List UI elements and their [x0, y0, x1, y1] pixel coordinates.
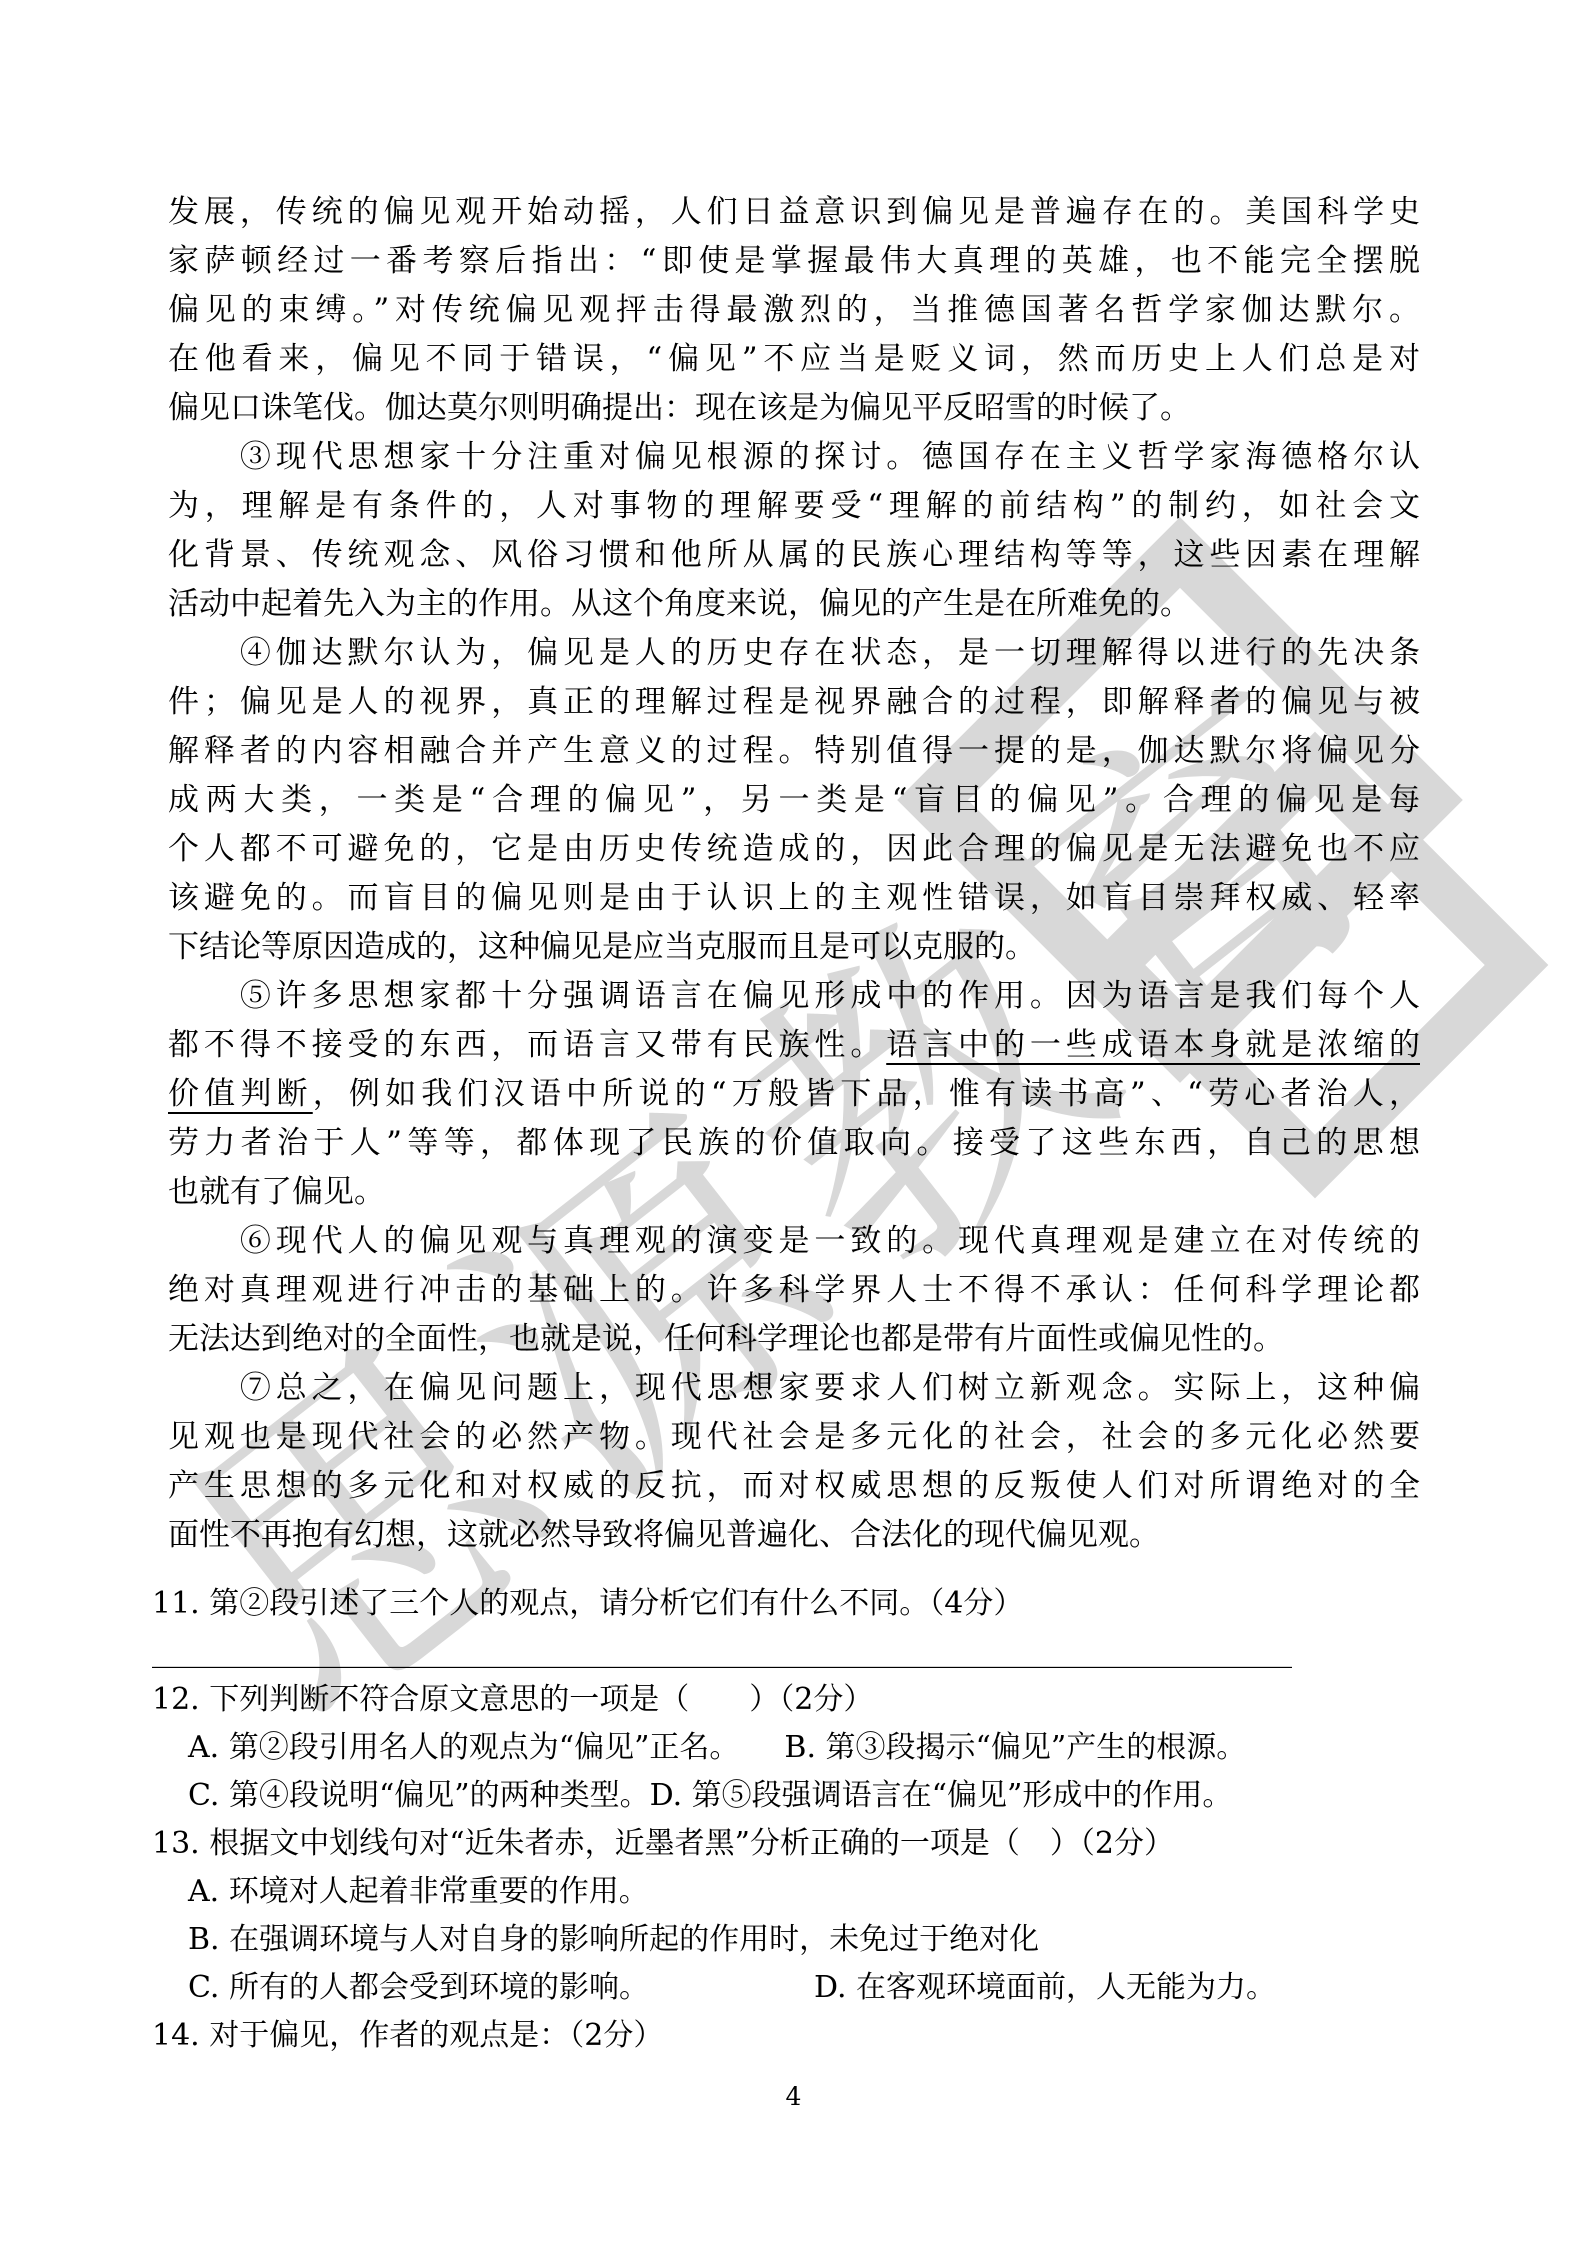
question-line: 14. 对于偏见，作者的观点是：（2分） [152, 2012, 1447, 2060]
passage-text: ，例如我们汉语中所说的“万般皆下品，惟有读书高”、“劳心者治人， [313, 1076, 1420, 1112]
passage-line: 见观也是现代社会的必然产物。现代社会是多元化的社会，社会的多元化必然要 [168, 1413, 1420, 1462]
passage-text: 发展，传统的偏见观开始动摇，人们日益意识到偏见是普遍存在的。美国科学史 [168, 194, 1420, 230]
passage-text: 解释者的内容相融合并产生意义的过程。特别值得一提的是，伽达默尔将偏见分 [168, 733, 1420, 769]
passage-line: ⑤许多思想家都十分强调语言在偏见形成中的作用。因为语言是我们每个人 [168, 972, 1420, 1021]
question-line: B. 在强调环境与人对自身的影响所起的作用时，未免过于绝对化 [152, 1916, 1447, 1964]
passage-line: 偏见口诛笔伐。伽达莫尔则明确提出：现在该是为偏见平反昭雪的时候了。 [168, 384, 1420, 433]
passage-text: ③现代思想家十分注重对偏见根源的探讨。德国存在主义哲学家海德格尔认 [168, 439, 1420, 475]
passage-text: 化背景、传统观念、风俗习惯和他所从属的民族心理结构等等，这些因素在理解 [168, 537, 1420, 573]
passage-line: 化背景、传统观念、风俗习惯和他所从属的民族心理结构等等，这些因素在理解 [168, 531, 1420, 580]
underlined-text: 价值判断 [168, 1076, 313, 1112]
passage-line: 发展，传统的偏见观开始动摇，人们日益意识到偏见是普遍存在的。美国科学史 [168, 188, 1420, 237]
answer-blank-line: ________________________________________… [152, 1628, 1447, 1676]
passage-text: 活动中起着先入为主的作用。从这个角度来说，偏见的产生是在所难免的。 [168, 586, 1191, 622]
passage-line: 劳力者治于人”等等，都体现了民族的价值取向。接受了这些东西，自己的思想 [168, 1119, 1420, 1168]
passage-line: 为，理解是有条件的，人对事物的理解要受“理解的前结构”的制约，如社会文 [168, 482, 1420, 531]
passage-line: 解释者的内容相融合并产生意义的过程。特别值得一提的是，伽达默尔将偏见分 [168, 727, 1420, 776]
passage-text: ④伽达默尔认为，偏见是人的历史存在状态，是一切理解得以进行的先决条 [168, 635, 1420, 671]
passage-text: 该避免的。而盲目的偏见则是由于认识上的主观性错误，如盲目崇拜权威、轻率 [168, 880, 1420, 916]
passage-line: ⑥现代人的偏见观与真理观的演变是一致的。现代真理观是建立在对传统的 [168, 1217, 1420, 1266]
passage-text: 在他看来，偏见不同于错误，“偏见”不应当是贬义词，然而历史上人们总是对 [168, 341, 1420, 377]
passage-line: ③现代思想家十分注重对偏见根源的探讨。德国存在主义哲学家海德格尔认 [168, 433, 1420, 482]
passage-text: 也就有了偏见。 [168, 1174, 385, 1210]
questions: 11. 第②段引述了三个人的观点，请分析它们有什么不同。（4分）________… [152, 1580, 1447, 2060]
passage-text: 见观也是现代社会的必然产物。现代社会是多元化的社会，社会的多元化必然要 [168, 1419, 1420, 1455]
question-line: 11. 第②段引述了三个人的观点，请分析它们有什么不同。（4分） [152, 1580, 1447, 1628]
question-line: A. 第②段引用名人的观点为“偏见”正名。 B. 第③段揭示“偏见”产生的根源。 [152, 1724, 1447, 1772]
passage-line: 也就有了偏见。 [168, 1168, 1420, 1217]
underlined-text: 语言中的一些成语本身就是浓缩的 [886, 1027, 1420, 1063]
passage-text: 下结论等原因造成的，这种偏见是应当克服而且是可以克服的。 [168, 929, 1036, 965]
passage-line: ⑦总之，在偏见问题上，现代思想家要求人们树立新观念。实际上，这种偏 [168, 1364, 1420, 1413]
passage-line: 下结论等原因造成的，这种偏见是应当克服而且是可以克服的。 [168, 923, 1420, 972]
passage-line: 面性不再抱有幻想，这就必然导致将偏见普遍化、合法化的现代偏见观。 [168, 1511, 1420, 1560]
page-number: 4 [0, 2082, 1587, 2111]
passage-text: 面性不再抱有幻想，这就必然导致将偏见普遍化、合法化的现代偏见观。 [168, 1517, 1160, 1553]
passage-text: 家萨顿经过一番考察后指出：“即使是掌握最伟大真理的英雄，也不能完全摆脱 [168, 243, 1420, 279]
question-line: 12. 下列判断不符合原文意思的一项是（ ）（2分） [152, 1676, 1447, 1724]
passage-line: 价值判断，例如我们汉语中所说的“万般皆下品，惟有读书高”、“劳心者治人， [168, 1070, 1420, 1119]
passage-text: 都不得不接受的东西，而语言又带有民族性。 [168, 1027, 886, 1063]
passage-line: 个人都不可避免的，它是由历史传统造成的，因此合理的偏见是无法避免也不应 [168, 825, 1420, 874]
passage-line: 成两大类，一类是“合理的偏见”，另一类是“盲目的偏见”。合理的偏见是每 [168, 776, 1420, 825]
question-line: C. 所有的人都会受到环境的影响。 D. 在客观环境面前，人无能为力。 [152, 1964, 1447, 2012]
passage-text: 件；偏见是人的视界，真正的理解过程是视界融合的过程，即解释者的偏见与被 [168, 684, 1420, 720]
passage-text: 绝对真理观进行冲击的基础上的。许多科学界人士不得不承认：任何科学理论都 [168, 1272, 1420, 1308]
passage-line: 无法达到绝对的全面性，也就是说，任何科学理论也都是带有片面性或偏见性的。 [168, 1315, 1420, 1364]
passage-line: 都不得不接受的东西，而语言又带有民族性。语言中的一些成语本身就是浓缩的 [168, 1021, 1420, 1070]
passage-line: ④伽达默尔认为，偏见是人的历史存在状态，是一切理解得以进行的先决条 [168, 629, 1420, 678]
passage-text: 劳力者治于人”等等，都体现了民族的价值取向。接受了这些东西，自己的思想 [168, 1125, 1420, 1161]
passage-text: 为，理解是有条件的，人对事物的理解要受“理解的前结构”的制约，如社会文 [168, 488, 1420, 524]
passage-text: ⑥现代人的偏见观与真理观的演变是一致的。现代真理观是建立在对传统的 [168, 1223, 1420, 1259]
passage-text: ⑤许多思想家都十分强调语言在偏见形成中的作用。因为语言是我们每个人 [168, 978, 1420, 1014]
passage-line: 绝对真理观进行冲击的基础上的。许多科学界人士不得不承认：任何科学理论都 [168, 1266, 1420, 1315]
passage-line: 该避免的。而盲目的偏见则是由于认识上的主观性错误，如盲目崇拜权威、轻率 [168, 874, 1420, 923]
passage-text: ⑦总之，在偏见问题上，现代思想家要求人们树立新观念。实际上，这种偏 [168, 1370, 1420, 1406]
passage-text: 偏见的束缚。”对传统偏见观抨击得最激烈的，当推德国著名哲学家伽达默尔。 [168, 292, 1420, 328]
passage-text: 成两大类，一类是“合理的偏见”，另一类是“盲目的偏见”。合理的偏见是每 [168, 782, 1420, 818]
question-line: C. 第④段说明“偏见”的两种类型。D. 第⑤段强调语言在“偏见”形成中的作用。 [152, 1772, 1447, 1820]
question-line: A. 环境对人起着非常重要的作用。 [152, 1868, 1447, 1916]
passage-line: 产生思想的多元化和对权威的反抗，而对权威思想的反叛使人们对所谓绝对的全 [168, 1462, 1420, 1511]
passage-line: 件；偏见是人的视界，真正的理解过程是视界融合的过程，即解释者的偏见与被 [168, 678, 1420, 727]
passage-text: 产生思想的多元化和对权威的反抗，而对权威思想的反叛使人们对所谓绝对的全 [168, 1468, 1420, 1504]
passage-line: 活动中起着先入为主的作用。从这个角度来说，偏见的产生是在所难免的。 [168, 580, 1420, 629]
passage: 发展，传统的偏见观开始动摇，人们日益意识到偏见是普遍存在的。美国科学史家萨顿经过… [168, 188, 1420, 1560]
passage-text: 个人都不可避免的，它是由历史传统造成的，因此合理的偏见是无法避免也不应 [168, 831, 1420, 867]
passage-line: 家萨顿经过一番考察后指出：“即使是掌握最伟大真理的英雄，也不能完全摆脱 [168, 237, 1420, 286]
passage-text: 偏见口诛笔伐。伽达莫尔则明确提出：现在该是为偏见平反昭雪的时候了。 [168, 390, 1191, 426]
question-line: 13. 根据文中划线句对“近朱者赤，近墨者黑”分析正确的一项是（ ）（2分） [152, 1820, 1447, 1868]
passage-line: 偏见的束缚。”对传统偏见观抨击得最激烈的，当推德国著名哲学家伽达默尔。 [168, 286, 1420, 335]
passage-line: 在他看来，偏见不同于错误，“偏见”不应当是贬义词，然而历史上人们总是对 [168, 335, 1420, 384]
document-page: 思源教育 发展，传统的偏见观开始动摇，人们日益意识到偏见是普遍存在的。美国科学史… [0, 0, 1587, 2245]
passage-text: 无法达到绝对的全面性，也就是说，任何科学理论也都是带有片面性或偏见性的。 [168, 1321, 1284, 1357]
